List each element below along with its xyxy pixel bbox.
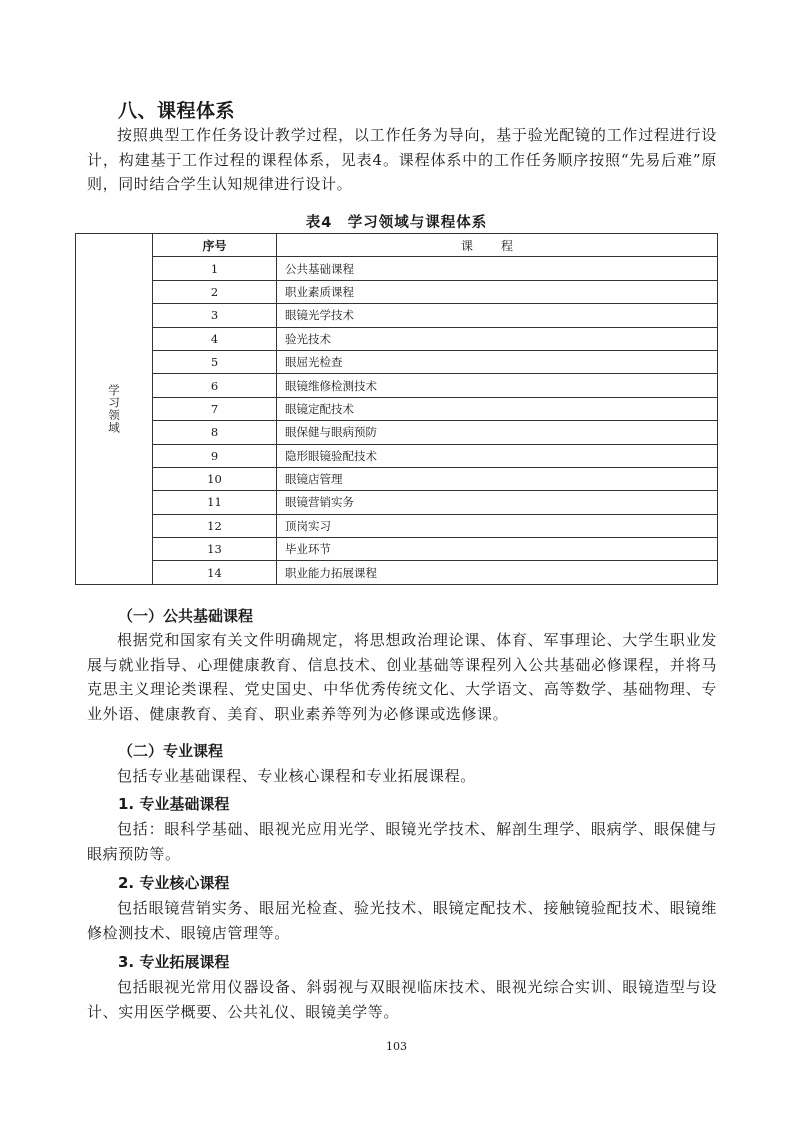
table-row: 5眼屈光检查 — [76, 350, 718, 373]
professional-courses-heading: （二）专业课程 — [118, 740, 223, 761]
course-name: 眼镜店管理 — [277, 467, 718, 490]
basic-courses-text: 包括：眼科学基础、眼视光应用光学、眼镜光学技术、解剖生理学、眼病学、眼保健与眼病… — [87, 817, 717, 866]
course-name: 眼镜定配技术 — [277, 397, 718, 420]
curriculum-table: 学习领域 序号 课程 1公共基础课程2职业素质课程3眼镜光学技术4验光技术5眼屈… — [75, 233, 718, 585]
course-name: 眼保健与眼病预防 — [277, 421, 718, 444]
course-name: 验光技术 — [277, 327, 718, 350]
section-heading: 八、课程体系 — [118, 96, 235, 123]
table-row: 2职业素质课程 — [76, 280, 718, 303]
row-number: 10 — [153, 467, 277, 490]
intro-paragraph: 按照典型工作任务设计教学过程，以工作任务为导向，基于验光配镜的工作过程进行设计，… — [87, 123, 717, 197]
table-row: 8眼保健与眼病预防 — [76, 421, 718, 444]
core-courses-heading: 2. 专业核心课程 — [118, 872, 229, 893]
public-courses-text: 根据党和国家有关文件明确规定，将思想政治理论课、体育、军事理论、大学生职业发展与… — [87, 628, 717, 726]
table-row: 9隐形眼镜验配技术 — [76, 444, 718, 467]
table-row: 1公共基础课程 — [76, 257, 718, 280]
course-name: 职业能力拓展课程 — [277, 561, 718, 585]
core-courses-text: 包括眼镜营销实务、眼屈光检查、验光技术、眼镜定配技术、接触镜验配技术、眼镜维修检… — [87, 896, 717, 945]
row-number: 9 — [153, 444, 277, 467]
row-number: 11 — [153, 491, 277, 514]
course-name: 公共基础课程 — [277, 257, 718, 280]
row-number: 8 — [153, 421, 277, 444]
course-name: 顶岗实习 — [277, 514, 718, 537]
course-name: 职业素质课程 — [277, 280, 718, 303]
row-number: 4 — [153, 327, 277, 350]
row-number: 5 — [153, 350, 277, 373]
row-number: 7 — [153, 397, 277, 420]
row-number: 13 — [153, 538, 277, 561]
table-row: 6眼镜维修检测技术 — [76, 374, 718, 397]
course-name: 隐形眼镜验配技术 — [277, 444, 718, 467]
table-row: 11眼镜营销实务 — [76, 491, 718, 514]
public-courses-heading: （一）公共基础课程 — [118, 605, 253, 626]
learning-area-label: 学习领域 — [106, 384, 122, 434]
course-name: 眼镜维修检测技术 — [277, 374, 718, 397]
row-number: 12 — [153, 514, 277, 537]
row-number: 2 — [153, 280, 277, 303]
header-num: 序号 — [153, 234, 277, 257]
table-row: 14职业能力拓展课程 — [76, 561, 718, 585]
table-row: 10眼镜店管理 — [76, 467, 718, 490]
table-header-row: 学习领域 序号 课程 — [76, 234, 718, 257]
table-row: 4验光技术 — [76, 327, 718, 350]
course-name: 眼屈光检查 — [277, 350, 718, 373]
course-name: 毕业环节 — [277, 538, 718, 561]
professional-courses-text: 包括专业基础课程、专业核心课程和专业拓展课程。 — [87, 764, 717, 789]
row-number: 1 — [153, 257, 277, 280]
table-row: 3眼镜光学技术 — [76, 304, 718, 327]
header-course: 课程 — [277, 234, 718, 257]
extension-courses-text: 包括眼视光常用仪器设备、斜弱视与双眼视临床技术、眼视光综合实训、眼镜造型与设计、… — [87, 975, 717, 1024]
course-name: 眼镜光学技术 — [277, 304, 718, 327]
course-name: 眼镜营销实务 — [277, 491, 718, 514]
row-number: 3 — [153, 304, 277, 327]
document-page: 八、课程体系 按照典型工作任务设计教学过程，以工作任务为导向，基于验光配镜的工作… — [0, 0, 793, 1122]
table-caption: 表4 学习领域与课程体系 — [0, 211, 793, 232]
table-row: 12顶岗实习 — [76, 514, 718, 537]
row-number: 14 — [153, 561, 277, 585]
page-number: 103 — [0, 1040, 793, 1053]
row-number: 6 — [153, 374, 277, 397]
table-row: 13毕业环节 — [76, 538, 718, 561]
table-row: 7眼镜定配技术 — [76, 397, 718, 420]
extension-courses-heading: 3. 专业拓展课程 — [118, 951, 229, 972]
learning-area-cell: 学习领域 — [76, 234, 153, 585]
basic-courses-heading: 1. 专业基础课程 — [118, 793, 229, 814]
